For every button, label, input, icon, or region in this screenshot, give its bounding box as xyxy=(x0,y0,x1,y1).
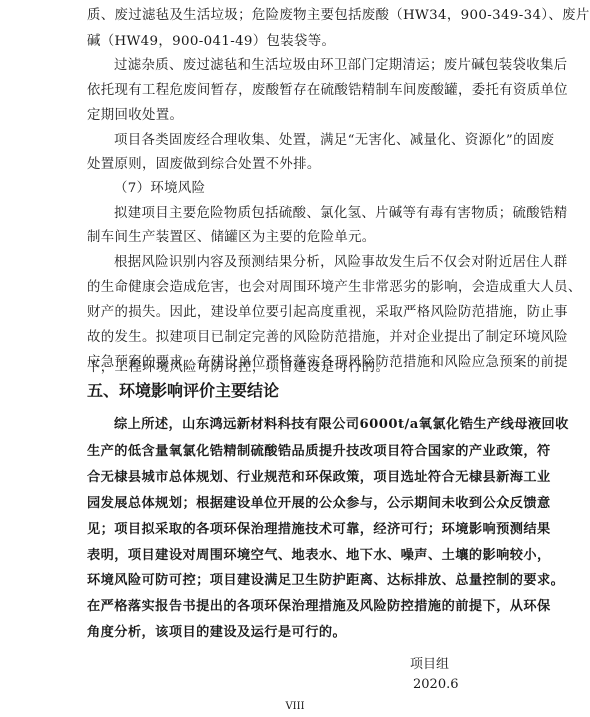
text-line: 定期回收处置。 xyxy=(87,104,183,128)
conclusion-line: 表明，项目建设对周围环境空气、地表水、地下水、噪声、土壤的影响较小， xyxy=(87,544,551,568)
text-line: 拟建项目主要危险物质包括硫酸、氯化氢、片碱等有毒有害物质；硫酸锆精 xyxy=(114,202,567,226)
text-line: 碱（HW49，900-041-49）包装袋等。 xyxy=(87,30,335,54)
conclusion-line: 综上所述，山东鸿远新材料科技有限公司6000t/a氧氯化锆生产线母液回收 xyxy=(114,413,569,437)
subsection-heading: （7）环境风险 xyxy=(114,177,205,201)
conclusion-line: 角度分析，该项目的建设及运行是可行的。 xyxy=(87,621,346,645)
text-line: 的生命健康会造成危害，也会对周围环境产生非常恶劣的影响，会造成重大人员、 xyxy=(87,276,582,300)
text-line: 依托现有工程危废间暂存，废酸暂存在硫酸锆精制车间废酸罐，委托有资质单位 xyxy=(87,79,568,103)
text-line: 项目各类固废经合理收集、处置，满足“无害化、减量化、资源化”的固废 xyxy=(114,129,554,153)
section-heading: 五、环境影响评价主要结论 xyxy=(87,379,279,403)
conclusion-line: 环境风险可防可控；项目建设满足卫生防护距离、达标排放、总量控制的要求。 xyxy=(87,569,564,593)
conclusion-line: 合无棣县城市总体规划、行业规范和环保政策，项目选址符合无棣县新海工业 xyxy=(87,466,551,490)
text-line: 过滤杂质、废过滤毡和生活垃圾由环卫部门定期清运；废片碱包装袋收集后 xyxy=(114,54,567,78)
text-line: 财产的损失。因此，建设单位要引起高度重视，采取严格风险防范措施，防止事 xyxy=(87,301,568,325)
conclusion-line: 见；项目拟采取的各项环保治理措施技术可靠，经济可行；环境影响预测结果 xyxy=(87,518,551,542)
conclusion-line: 园发展总体规划；根据建设单位开展的公众参与，公示期间未收到公众反馈意 xyxy=(87,492,551,516)
page-number: VIII xyxy=(0,701,590,712)
signature-date: 2020.6 xyxy=(413,677,459,692)
text-line: 制车间生产装置区、储罐区为主要的危险单元。 xyxy=(87,226,376,250)
text-line: 故的发生。拟建项目已制定完善的风险防范措施，并对企业提出了制定环境风险 xyxy=(87,326,568,350)
text-line: 下，工程环境风险可防可控，项目建设是可行的。 xyxy=(87,356,389,380)
text-line: 质、废过滤毡及生活垃圾；危险废物主要包括废酸（HW34，900-349-34）、… xyxy=(87,4,590,28)
conclusion-line: 生产的低含量氧氯化锆精制硫酸锆品质提升技改项目符合国家的产业政策，符 xyxy=(87,440,551,464)
conclusion-line: 在严格落实报告书提出的各项环保治理措施及风险防控措施的前提下，从环保 xyxy=(87,595,551,619)
signature-org: 项目组 xyxy=(410,653,449,672)
text-line: 根据风险识别内容及预测结果分析，风险事故发生后不仅会对附近居住人群 xyxy=(114,251,567,275)
text-line: 处置原则，固废做到综合处置不外排。 xyxy=(87,153,321,177)
